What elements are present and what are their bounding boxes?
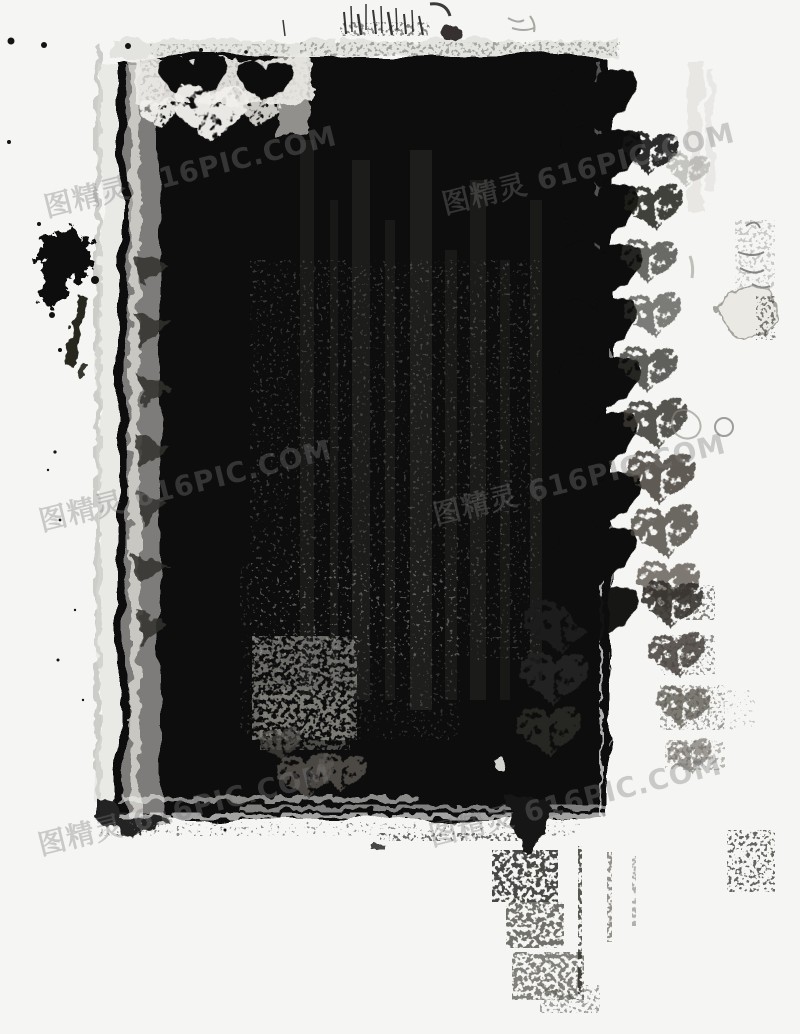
dash-column bbox=[578, 846, 582, 994]
white-ink-gap bbox=[493, 757, 507, 771]
artwork-stage: 图精灵 616PIC.COM图精灵 616PIC.COM图精灵 616PIC.C… bbox=[0, 0, 800, 1034]
artwork-canvas bbox=[0, 0, 800, 1034]
